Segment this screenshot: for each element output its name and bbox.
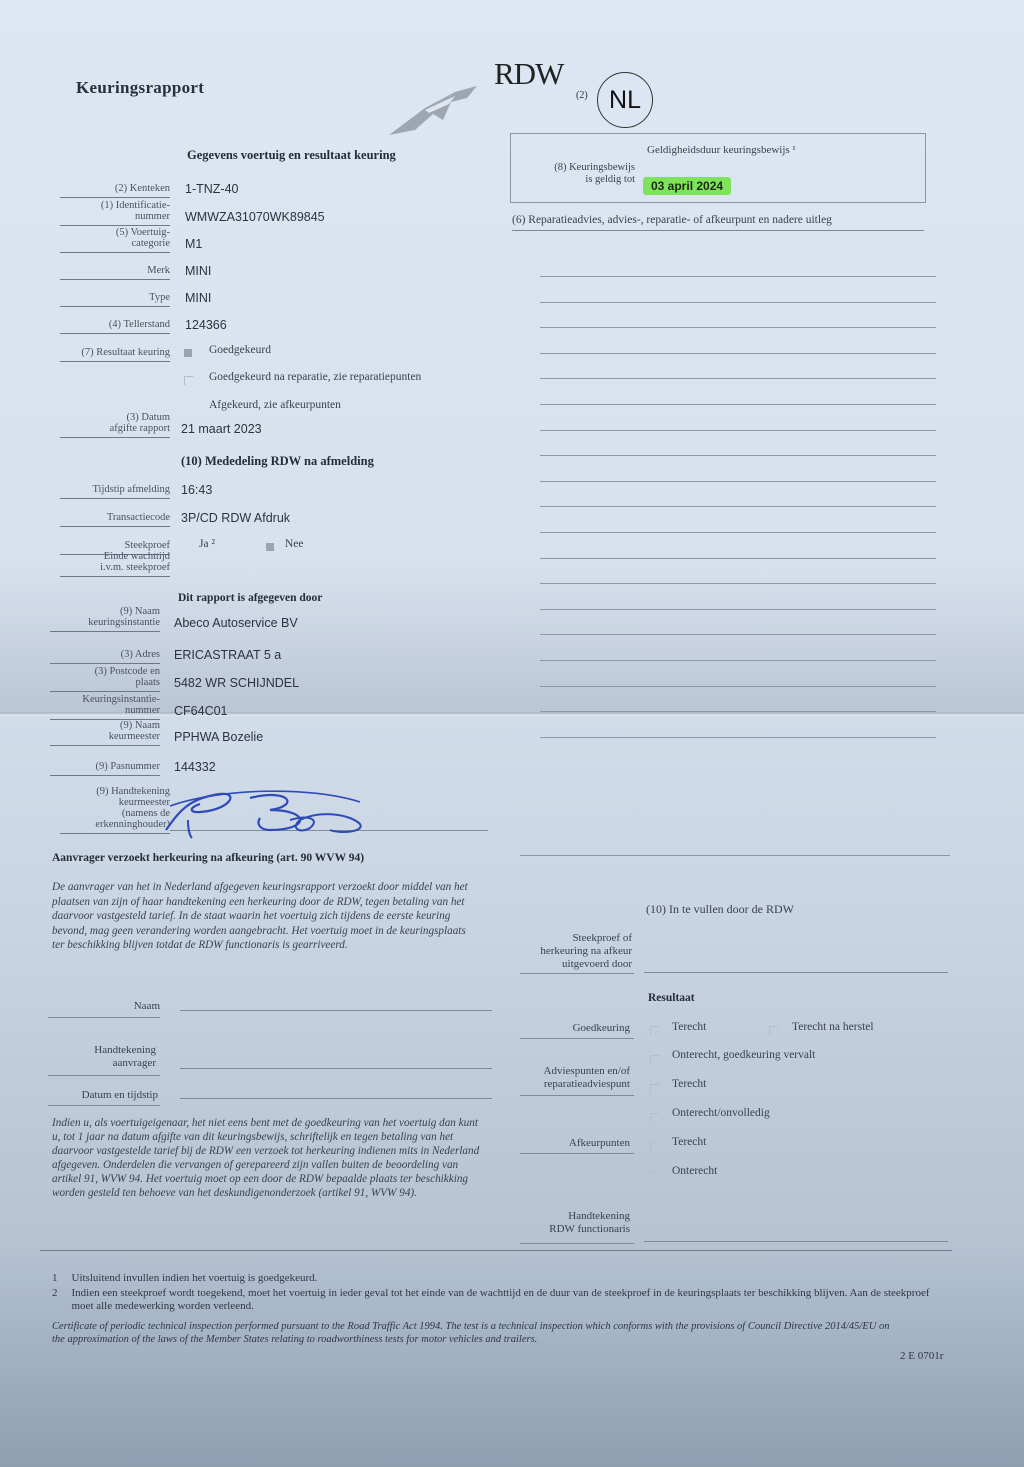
issue-date-row: (3) Datum afgifte rapport 21 maart 2023	[60, 414, 480, 440]
rejection-points-label: Afkeurpunten	[520, 1137, 630, 1150]
vehicle-field-label: (2) Kenteken	[60, 183, 170, 198]
vehicle-field-value: 124366	[185, 318, 227, 332]
vehicle-field-label: (4) Tellerstand	[60, 319, 170, 334]
issuer-heading: Dit rapport is afgegeven door	[178, 592, 322, 604]
rejection-justified-checkbox[interactable]	[650, 1142, 659, 1151]
rdw-notice-heading: (10) Mededeling RDW na afmelding	[181, 454, 374, 469]
notice-time-value: 16:43	[181, 483, 212, 497]
applicant-name-label: Naam	[60, 1000, 160, 1013]
rdw-fill-heading: (10) In te vullen door de RDW	[646, 902, 794, 917]
issuer-field-label: (9) Pasnummer	[50, 761, 160, 776]
issuer-field-row: (3) AdresERICASTRAAT 5 a	[60, 640, 480, 666]
issuer-field-row: (9) Pasnummer144332	[60, 752, 480, 778]
vehicle-field-row: (5) Voertuig- categorieM1	[60, 229, 480, 255]
rdw-wordmark: RDW	[494, 56, 563, 92]
footnote-2: 2 Indien een steekproef wordt toegekend,…	[52, 1287, 932, 1313]
approval-unjustified-checkbox[interactable]	[650, 1055, 659, 1064]
approval-after-repair: Terecht na herstel	[792, 1021, 874, 1033]
applicant-datetime-label-rule	[48, 1105, 160, 1106]
repair-advice-line[interactable]	[540, 660, 936, 661]
issuer-field-label: (9) Naam keurmeester	[50, 720, 160, 746]
approval-justified-checkbox[interactable]	[650, 1026, 659, 1035]
issuer-field-row: (3) Postcode en plaats5482 WR SCHIJNDEL	[60, 668, 480, 694]
repair-advice-heading-rule	[512, 230, 924, 231]
country-ref: (2)	[576, 90, 588, 101]
issuer-field-row: (9) Naam keuringsinstantieAbeco Autoserv…	[60, 608, 480, 634]
applicant-datetime-label: Datum en tijdstip	[50, 1089, 158, 1102]
transaction-code-row: Transactiecode 3P/CD RDW Afdruk	[60, 503, 480, 529]
repair-advice-line[interactable]	[540, 404, 936, 405]
sample-check-yes: Ja ²	[199, 538, 215, 550]
notice-time-label: Tijdstip afmelding	[60, 484, 170, 499]
repair-advice-line[interactable]	[540, 583, 936, 584]
rejection-unjustified-checkbox[interactable]	[650, 1171, 659, 1180]
footnotes: 1 Uitsluitend invullen indien het voertu…	[52, 1272, 932, 1313]
repair-advice-line[interactable]	[540, 506, 936, 507]
vehicle-section-heading: Gegevens voertuig en resultaat keuring	[187, 148, 396, 163]
repair-advice-line[interactable]	[540, 327, 936, 328]
repair-advice-line[interactable]	[540, 481, 936, 482]
validity-label: (8) Keuringsbewijs is geldig tot	[529, 162, 635, 186]
vehicle-field-row: (1) Identificatie- nummerWMWZA31070WK898…	[60, 202, 480, 228]
vehicle-field-label: Type	[60, 292, 170, 307]
advice-points-label: Adviespunten en/of reparatieadviespunt	[516, 1065, 630, 1091]
vehicle-field-label: (1) Identificatie- nummer	[60, 200, 170, 226]
issuer-field-row: (9) Naam keurmeesterPPHWA Bozelie	[60, 722, 480, 748]
applicant-signature-input[interactable]	[180, 1068, 492, 1069]
performed-by-label-rule	[520, 973, 634, 974]
result-label: (7) Resultaat keuring	[60, 347, 170, 362]
section-divider	[40, 1250, 952, 1251]
result-repair-checkbox	[184, 376, 193, 385]
footnote-2-text: Indien een steekproef wordt toegekend, m…	[72, 1287, 933, 1313]
validity-label-line1: (8) Keuringsbewijs	[529, 162, 635, 174]
advice-justified: Terecht	[672, 1078, 706, 1090]
vehicle-field-row: MerkMINI	[60, 256, 480, 282]
issuer-field-value: ERICASTRAAT 5 a	[174, 648, 281, 662]
waiting-end-row: Einde wachttijd i.v.m. steekproef	[60, 553, 480, 579]
sample-check-no: Nee	[285, 538, 304, 550]
issuer-field-label: (3) Postcode en plaats	[50, 666, 160, 692]
issuer-field-value: PPHWA Bozelie	[174, 730, 263, 744]
form-code: 2 E 0701r	[900, 1350, 943, 1362]
notice-time-row: Tijdstip afmelding 16:43	[60, 475, 480, 501]
issue-date-value: 21 maart 2023	[181, 422, 262, 436]
reinspection-heading: Aanvrager verzoekt herkeuring na afkeuri…	[52, 852, 364, 864]
repair-advice-line[interactable]	[540, 686, 936, 687]
issuer-field-label: Keuringsinstantie- nummer	[50, 694, 160, 720]
repair-advice-line[interactable]	[540, 558, 936, 559]
issuer-field-value: 144332	[174, 760, 216, 774]
result-option-goedgekeurd: Goedgekeurd	[209, 344, 271, 356]
result-heading: Resultaat	[648, 992, 695, 1004]
validity-box: Geldigheidsduur keuringsbewijs ¹ (8) Keu…	[510, 133, 926, 203]
vehicle-field-row: TypeMINI	[60, 283, 480, 309]
vehicle-field-value: MINI	[185, 264, 211, 278]
applicant-name-label-rule	[48, 1017, 160, 1018]
performed-by-label: Steekproef of herkeuring na afkeur uitge…	[514, 932, 632, 971]
repair-advice-line[interactable]	[540, 378, 936, 379]
repair-advice-line[interactable]	[520, 855, 950, 856]
advice-unjustified: Onterecht/onvolledig	[672, 1107, 770, 1119]
footnote-2-number: 2	[52, 1287, 58, 1313]
approval-label: Goedkeuring	[520, 1022, 630, 1035]
vehicle-field-value: M1	[185, 237, 202, 251]
performed-by-input[interactable]	[644, 972, 948, 973]
country-badge: NL	[597, 72, 653, 128]
result-option-repair: Goedgekeurd na reparatie, zie reparatiep…	[209, 371, 421, 383]
rdw-signature-input[interactable]	[644, 1241, 948, 1242]
country-code: NL	[609, 86, 641, 115]
footnote-1: 1 Uitsluitend invullen indien het voertu…	[52, 1272, 932, 1285]
rdw-wing-logo-icon	[385, 80, 485, 140]
vehicle-field-label: (5) Voertuig- categorie	[60, 227, 170, 253]
repair-advice-line[interactable]	[540, 711, 936, 712]
approval-label-rule	[520, 1038, 634, 1039]
rejection-points-label-rule	[520, 1153, 634, 1154]
repair-advice-line[interactable]	[540, 532, 936, 533]
repair-advice-line[interactable]	[540, 353, 936, 354]
vehicle-field-row: (4) Tellerstand124366	[60, 310, 480, 336]
validity-label-line2: is geldig tot	[529, 174, 635, 186]
repair-advice-line[interactable]	[540, 609, 936, 610]
advice-justified-checkbox[interactable]	[650, 1084, 659, 1093]
approval-justified: Terecht	[672, 1021, 706, 1033]
advice-points-label-rule	[520, 1095, 634, 1096]
applicant-signature-label: Handtekening aanvrager	[60, 1044, 156, 1070]
validity-heading: Geldigheidsduur keuringsbewijs ¹	[647, 144, 796, 156]
repair-advice-line[interactable]	[540, 430, 936, 431]
valid-until-date: 03 april 2024	[643, 177, 731, 195]
footnote-1-number: 1	[52, 1272, 58, 1285]
reinspection-text: De aanvrager van het in Nederland afgege…	[52, 880, 472, 953]
sample-check-no-checkbox	[266, 543, 274, 551]
footnote-1-text: Uitsluitend invullen indien het voertuig…	[72, 1272, 318, 1285]
approval-after-repair-checkbox[interactable]	[769, 1026, 778, 1035]
issue-date-label: (3) Datum afgifte rapport	[60, 412, 170, 438]
issuer-field-value: 5482 WR SCHIJNDEL	[174, 676, 299, 690]
repair-advice-line[interactable]	[540, 737, 936, 738]
owner-reinspection-text: Indien u, als voertuigeigenaar, het niet…	[52, 1116, 484, 1200]
certificate-text: Certificate of periodic technical inspec…	[52, 1320, 892, 1346]
vehicle-field-label: Merk	[60, 265, 170, 280]
repair-advice-line[interactable]	[540, 302, 936, 303]
document-title: Keuringsrapport	[76, 78, 204, 98]
issuer-field-value: Abeco Autoservice BV	[174, 616, 298, 630]
repair-advice-line[interactable]	[540, 634, 936, 635]
repair-advice-line[interactable]	[540, 276, 936, 277]
waiting-end-label: Einde wachttijd i.v.m. steekproef	[60, 551, 170, 577]
issuer-field-value: CF64C01	[174, 704, 228, 718]
repair-advice-line[interactable]	[540, 455, 936, 456]
vehicle-field-value: WMWZA31070WK89845	[185, 210, 325, 224]
transaction-code-label: Transactiecode	[60, 512, 170, 527]
vehicle-field-row: (2) Kenteken1-TNZ-40	[60, 174, 480, 200]
rejection-unjustified: Onterecht	[672, 1165, 717, 1177]
result-option-rejected: Afgekeurd, zie afkeurpunten	[209, 399, 341, 411]
handwritten-signature-icon	[160, 780, 370, 840]
inspector-signature-label: (9) Handtekening keurmeester (namens de …	[60, 786, 170, 834]
issuer-field-row: Keuringsinstantie- nummerCF64C01	[60, 696, 480, 722]
applicant-name-input[interactable]	[180, 1010, 492, 1011]
rdw-signature-label: Handtekening RDW functionaris	[520, 1210, 630, 1236]
rdw-signature-label-rule	[520, 1243, 634, 1244]
repair-advice-heading: (6) Reparatieadvies, advies-, reparatie-…	[512, 214, 832, 226]
applicant-signature-label-rule	[48, 1075, 160, 1076]
vehicle-field-value: MINI	[185, 291, 211, 305]
advice-unjustified-checkbox[interactable]	[650, 1113, 659, 1122]
result-goedgekeurd-checkbox	[184, 349, 192, 357]
issuer-field-label: (9) Naam keuringsinstantie	[50, 606, 160, 632]
approval-unjustified: Onterecht, goedkeuring vervalt	[672, 1049, 815, 1061]
vehicle-field-value: 1-TNZ-40	[185, 182, 238, 196]
issuer-field-label: (3) Adres	[50, 649, 160, 664]
transaction-code-value: 3P/CD RDW Afdruk	[181, 511, 290, 525]
applicant-datetime-input[interactable]	[180, 1098, 492, 1099]
rejection-justified: Terecht	[672, 1136, 706, 1148]
